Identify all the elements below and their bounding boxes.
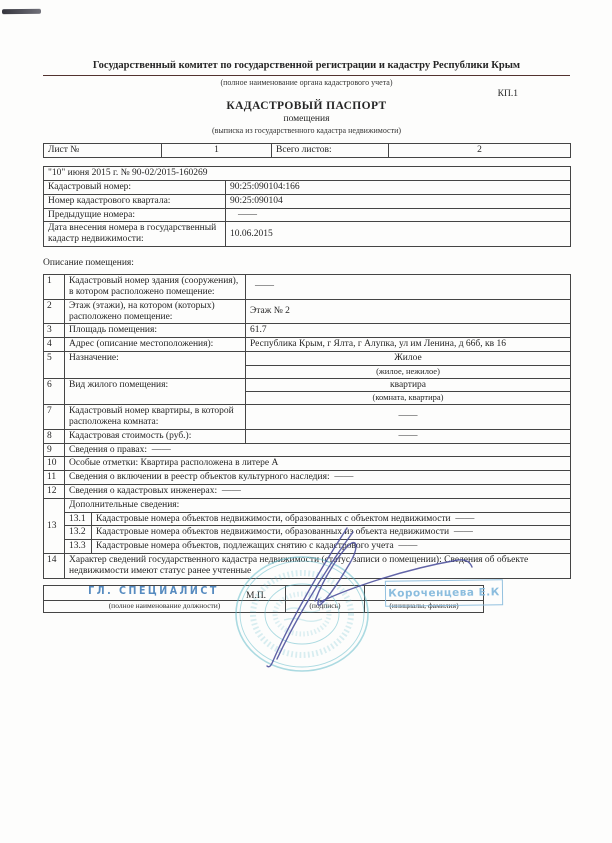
row-number-cell: 13: [44, 498, 65, 553]
row-number-cell: 3: [44, 324, 65, 338]
table-row: 13 Дополнительные сведения:: [44, 498, 571, 512]
row-number-cell: 4: [44, 338, 65, 352]
seal-placeholder-label: М.П.: [246, 591, 266, 601]
table-row: 3 Площадь помещения: 61.7: [44, 324, 571, 338]
table-subrow: 13.1 Кадастровые номера объектов недвижи…: [44, 512, 571, 526]
row-value-cell: ——: [246, 405, 571, 430]
row-value-cell: Республика Крым, г Ялта, г Алупка, ул им…: [246, 338, 571, 352]
label-cell: Номер кадастрового квартала:: [44, 194, 226, 208]
subrow-text-cell: Кадастровые номера объектов недвижимости…: [92, 512, 571, 526]
registration-date-cell: "10" июня 2015 г. № 90-02/2015-160269: [44, 167, 571, 181]
signature-caption: (подпись): [286, 600, 365, 612]
row-number-cell: 12: [44, 485, 65, 499]
name-stamp: Короченцева Е.К: [385, 579, 503, 606]
table-row: 6 Вид жилого помещения: квартира: [44, 378, 571, 392]
org-name-caption: (полное наименование органа кадастрового…: [43, 78, 570, 87]
row-number-cell: 8: [44, 429, 65, 443]
row-number-cell: 11: [44, 471, 65, 485]
subrow-number-cell: 13.3: [65, 540, 92, 554]
total-sheets-number-cell: 2: [389, 144, 571, 158]
table-row: 14 Характер сведений государственного ка…: [44, 554, 571, 579]
value-cell: 90:25:090104:166: [226, 180, 571, 194]
document-title-caption: (выписка из государственного кадастра не…: [43, 126, 570, 135]
row-label-cell: Вид жилого помещения:: [65, 378, 246, 405]
additional-header-cell: Дополнительные сведения:: [65, 498, 571, 512]
table-row: 8 Кадастровая стоимость (руб.): ——: [44, 429, 571, 443]
table-row: 7 Кадастровый номер квартиры, в которой …: [44, 405, 571, 430]
sheet-table: Лист № 1 Всего листов: 2: [43, 143, 571, 158]
value-cell: ——: [226, 208, 571, 222]
sheet-number-cell: 1: [162, 144, 272, 158]
table-subrow: 13.3 Кадастровые номера объектов, подлеж…: [44, 540, 571, 554]
label-cell: Дата внесения номера в государственный к…: [44, 222, 226, 247]
org-name: Государственный комитет по государственн…: [43, 60, 570, 76]
total-sheets-label-cell: Всего листов:: [272, 144, 389, 158]
row-number-cell: 5: [44, 352, 65, 379]
value-cell: 90:25:090104: [226, 194, 571, 208]
table-row: 11 Сведения о включении в реестр объекто…: [44, 471, 571, 485]
label-cell: Кадастровый номер:: [44, 180, 226, 194]
row-label-cell: Кадастровая стоимость (руб.):: [65, 429, 246, 443]
table-row: 10 Особые отметки: Квартира расположена …: [44, 457, 571, 471]
label-cell: Предыдущие номера:: [44, 208, 226, 222]
row-value-cell: ——: [246, 275, 571, 300]
subrow-number-cell: 13.2: [65, 526, 92, 540]
table-row: 12 Сведения о кадастровых инженерах: ——: [44, 485, 571, 499]
name-stamp-cell: Короченцева Е.К: [365, 585, 484, 600]
value-cell: 10.06.2015: [226, 222, 571, 247]
row-number-cell: 2: [44, 299, 65, 324]
scan-artifact: [2, 9, 41, 14]
description-section-label: Описание помещения:: [43, 258, 570, 268]
table-row: 1 Кадастровый номер здания (сооружения),…: [44, 275, 571, 300]
row-value-cell: Жилое: [246, 352, 571, 366]
row-value-cell: квартира: [246, 378, 571, 392]
table-row: 9 Сведения о правах: ——: [44, 443, 571, 457]
row-label-cell: Кадастровый номер квартиры, в которой ра…: [65, 405, 246, 430]
subrow-text-cell: Кадастровые номера объектов, подлежащих …: [92, 540, 571, 554]
table-subrow: 13.2 Кадастровые номера объектов недвижи…: [44, 526, 571, 540]
row-text-cell: Особые отметки: Квартира расположена в л…: [65, 457, 571, 471]
subrow-number-cell: 13.1: [65, 512, 92, 526]
table-row: 5 Назначение: Жилое: [44, 352, 571, 366]
row-value-cell: Этаж № 2: [246, 299, 571, 324]
document-title: КАДАСТРОВЫЙ ПАСПОРТ: [43, 100, 570, 112]
registration-row: Кадастровый номер: 90:25:090104:166: [44, 180, 571, 194]
row-text-cell: Сведения о правах: ——: [65, 443, 571, 457]
row-number-cell: 7: [44, 405, 65, 430]
registration-row: Номер кадастрового квартала: 90:25:09010…: [44, 194, 571, 208]
row-label-cell: Назначение:: [65, 352, 246, 379]
description-table: 1 Кадастровый номер здания (сооружения),…: [43, 274, 571, 579]
registration-row: Предыдущие номера: ——: [44, 208, 571, 222]
document-content: Государственный комитет по государственн…: [43, 0, 570, 613]
row-text-cell: Сведения о кадастровых инженерах: ——: [65, 485, 571, 499]
row-number-cell: 1: [44, 275, 65, 300]
table-row: 4 Адрес (описание местоположения): Респу…: [44, 338, 571, 352]
form-code: КП.1: [43, 89, 570, 99]
row-number-cell: 10: [44, 457, 65, 471]
row-label-cell: Площадь помещения:: [65, 324, 246, 338]
table-row: 2 Этаж (этажи), на котором (которых) рас…: [44, 299, 571, 324]
position-caption: (полное наименование должности): [44, 600, 286, 612]
subrow-text-cell: Кадастровые номера объектов недвижимости…: [92, 526, 571, 540]
registration-date-row: "10" июня 2015 г. № 90-02/2015-160269: [44, 167, 571, 181]
value-caption-cell: (комната, квартира): [246, 392, 571, 405]
document-subtitle: помещения: [43, 114, 570, 124]
row-label-cell: Этаж (этажи), на котором (которых) распо…: [65, 299, 246, 324]
registration-table: "10" июня 2015 г. № 90-02/2015-160269 Ка…: [43, 166, 571, 247]
row-value-cell: 61.7: [246, 324, 571, 338]
row-value-cell: ——: [246, 429, 571, 443]
row-number-cell: 14: [44, 554, 65, 579]
signature-area-cell: [286, 585, 365, 600]
row-label-cell: Адрес (описание местоположения):: [65, 338, 246, 352]
cadastral-passport-page: Государственный комитет по государственн…: [0, 0, 612, 843]
sheet-label-cell: Лист №: [44, 144, 162, 158]
row-number-cell: 6: [44, 378, 65, 405]
row-text-cell: Характер сведений государственного кадас…: [65, 554, 571, 579]
row-text-cell: Сведения о включении в реестр объектов к…: [65, 471, 571, 485]
registration-row: Дата внесения номера в государственный к…: [44, 222, 571, 247]
value-caption-cell: (жилое, нежилое): [246, 365, 571, 378]
sheet-row: Лист № 1 Всего листов: 2: [44, 144, 571, 158]
row-number-cell: 9: [44, 443, 65, 457]
row-label-cell: Кадастровый номер здания (сооружения), в…: [65, 275, 246, 300]
